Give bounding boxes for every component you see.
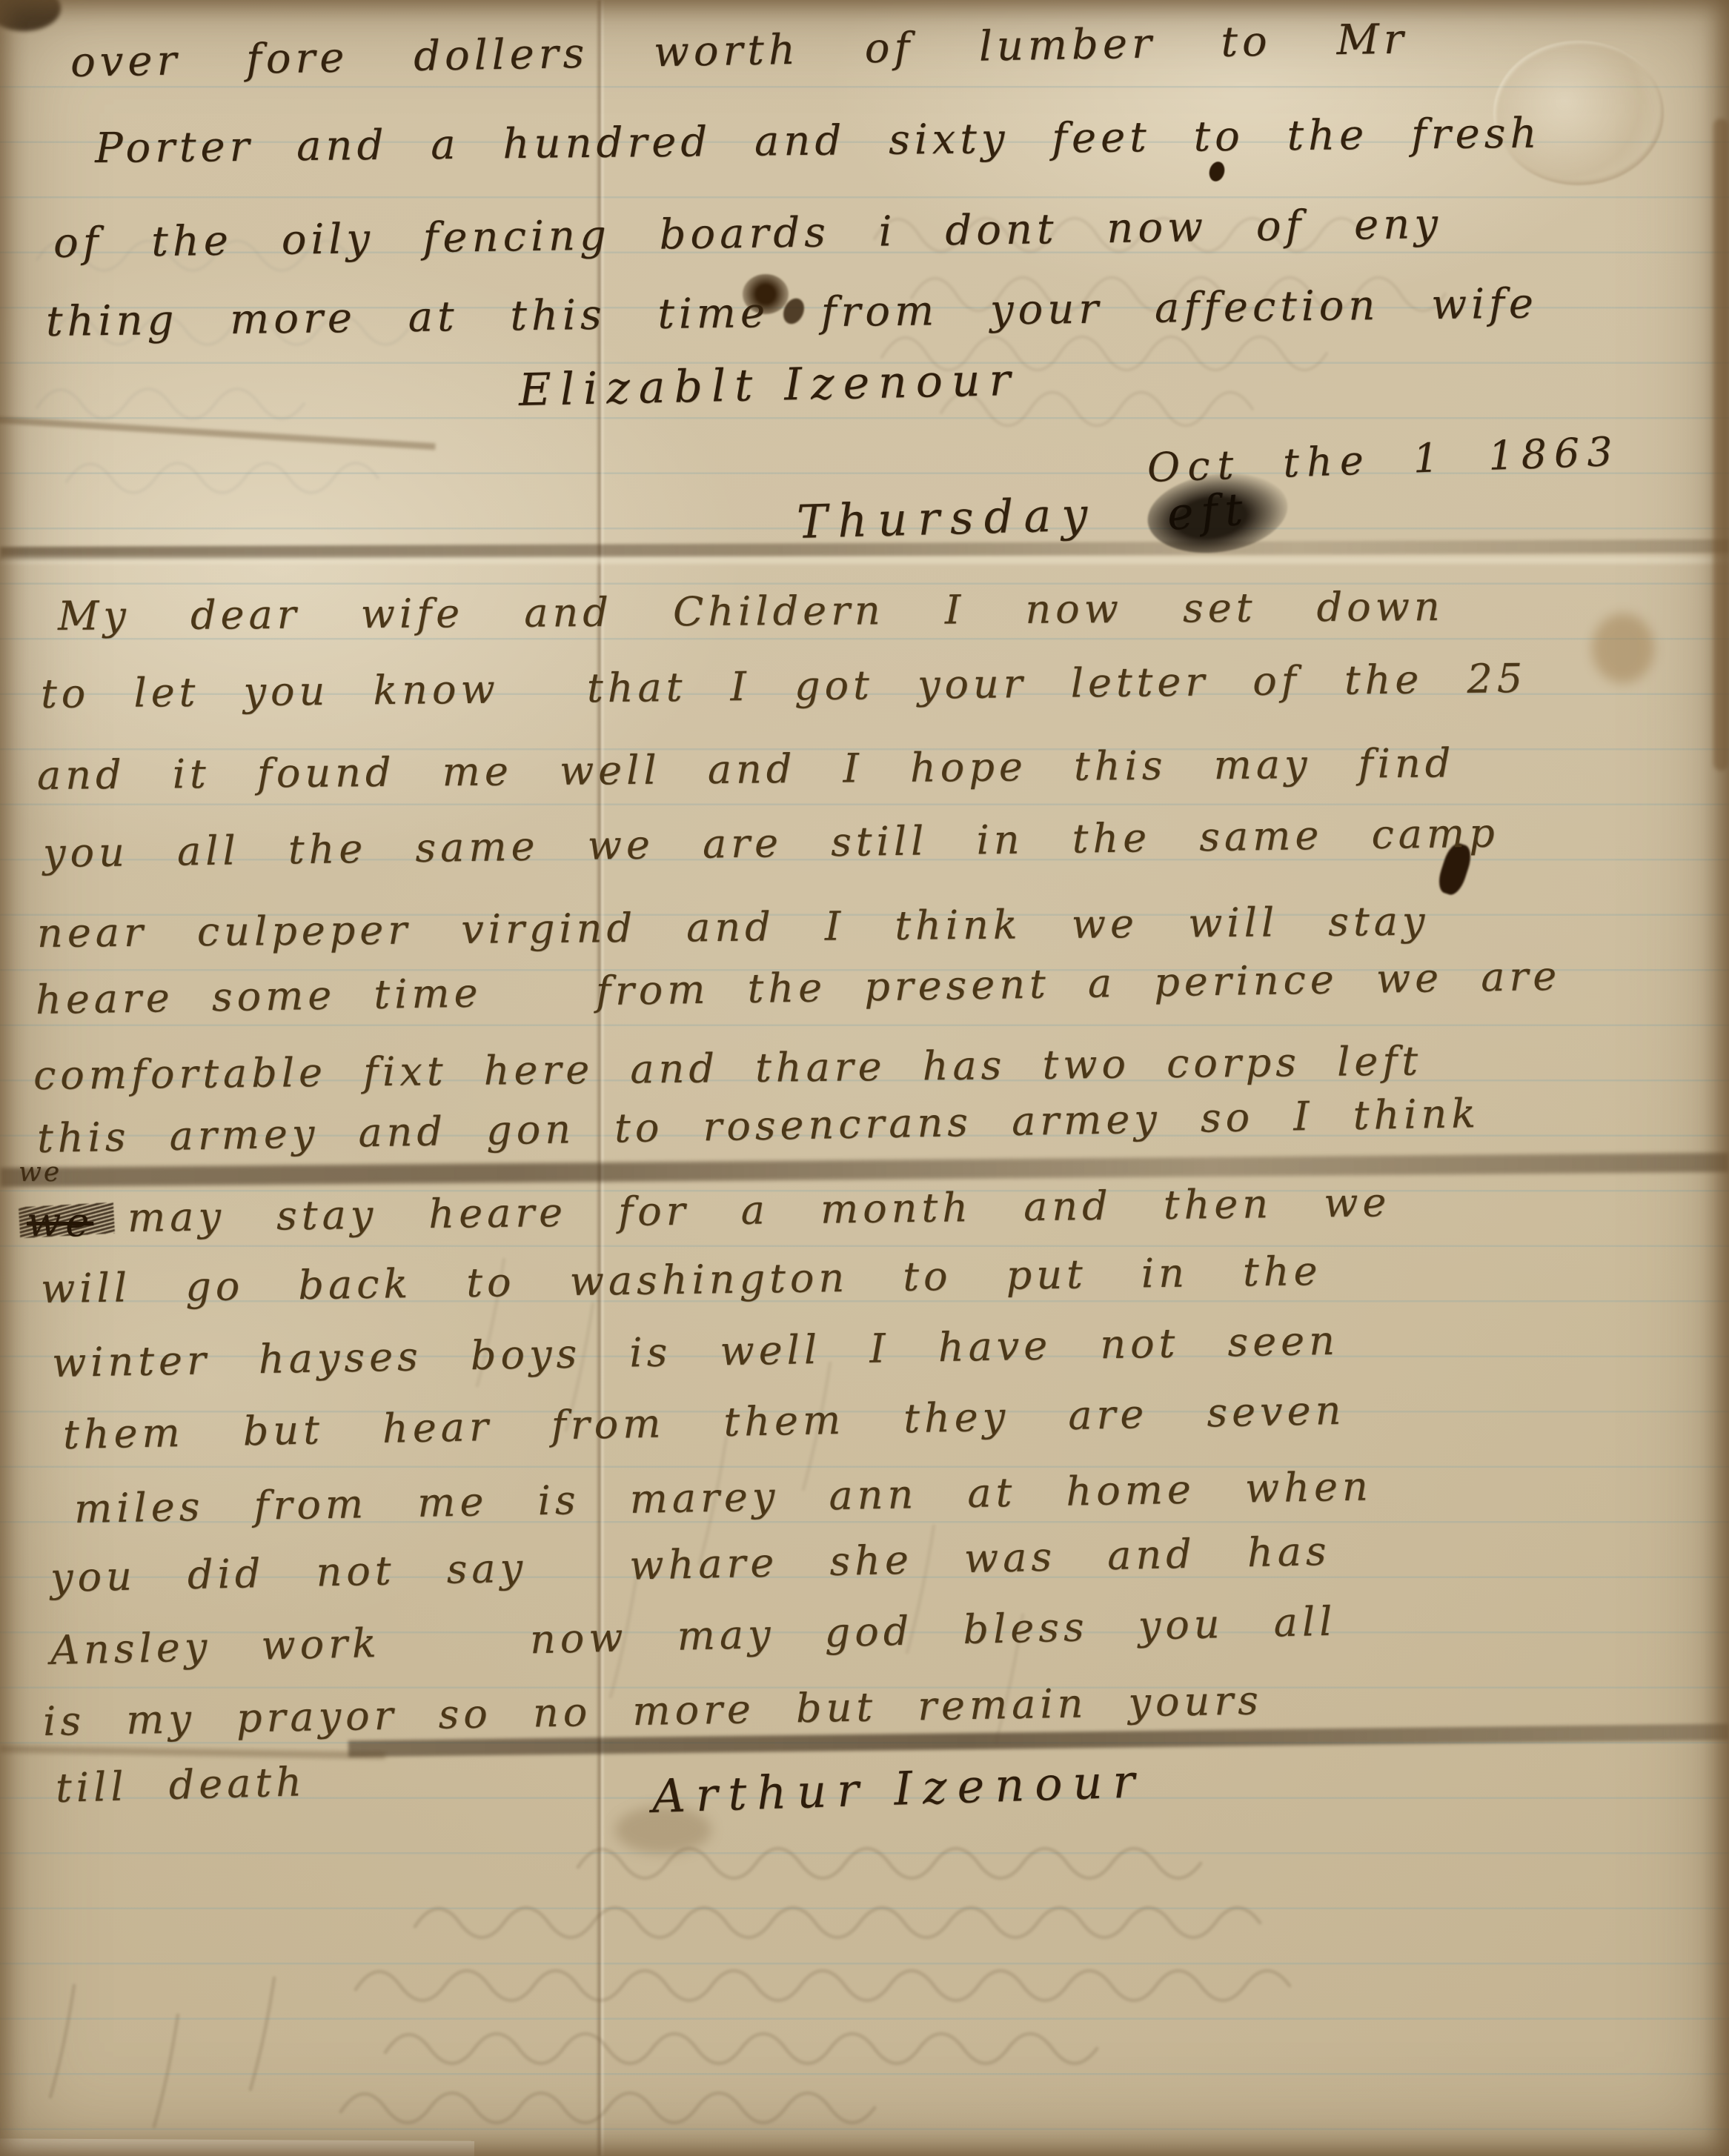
letter-line: My dear wife and Childern I now set down — [58, 583, 1444, 639]
horizontal-fold-crease-3-left — [0, 1745, 385, 1759]
letter-line: heare some time from the present a perin… — [36, 953, 1562, 1023]
letter-scan: over fore dollers worth of lumber to Mr … — [0, 0, 1729, 2156]
letter-line: till death — [55, 1758, 306, 1811]
letter-line: will go back to washington to put in the — [41, 1248, 1322, 1312]
bottom-left-sliver — [0, 2138, 474, 2156]
letter-line: you all the same we are still in the sam… — [43, 810, 1500, 876]
day-line: Thursday — [796, 487, 1098, 549]
letter-line: them but hear from them they are seven — [62, 1387, 1345, 1458]
bleed-through-ghost-writing — [30, 1837, 1705, 2149]
letter-line: thing more at this time from your affect… — [46, 279, 1539, 346]
letter-line: miles from me is marey ann at home when — [73, 1463, 1373, 1532]
letter-line: of the oily fencing boards i dont now of… — [53, 200, 1443, 267]
right-edge-stain — [1713, 119, 1728, 771]
letter-line: you did not say whare she was and has — [50, 1528, 1331, 1601]
husband-signature: Arthur Izenour — [651, 1754, 1146, 1823]
diagonal-crease-top-left — [0, 416, 436, 450]
letter-line: this armey and gon to rosencrans armey s… — [36, 1090, 1480, 1162]
inserted-word: we — [19, 1157, 62, 1188]
letter-line: winter hayses boys is well I have not se… — [51, 1317, 1339, 1386]
letter-line: is my prayor so no more but remain yours — [42, 1677, 1263, 1745]
letter-line: Porter and a hundred and sixty feet to t… — [95, 110, 1542, 173]
letter-line: over fore dollers worth of lumber to Mr — [70, 16, 1408, 87]
corner-stain — [0, 0, 61, 31]
letter-line: near culpeper virgind and I think we wil… — [37, 898, 1430, 956]
letter-line: and it found me well and I hope this may… — [37, 739, 1456, 799]
wife-signature: Elizablt Izenour — [518, 354, 1020, 416]
struck-out-word: we — [27, 1199, 93, 1245]
horizontal-fold-highlight-1 — [0, 556, 1729, 564]
letter-line: Ansley work now may god bless you all — [50, 1598, 1337, 1674]
brown-stain — [1592, 613, 1654, 683]
blotted-word: eft — [1166, 483, 1252, 541]
letter-line: to let you know that I got your letter o… — [41, 655, 1527, 717]
date-line: Oct the 1 1863 — [1146, 428, 1621, 491]
ink-dot — [1207, 160, 1227, 183]
letter-line: comfortable fixt here and thare has two … — [33, 1037, 1423, 1099]
letter-line: may stay heare for a month and then we — [127, 1179, 1391, 1241]
